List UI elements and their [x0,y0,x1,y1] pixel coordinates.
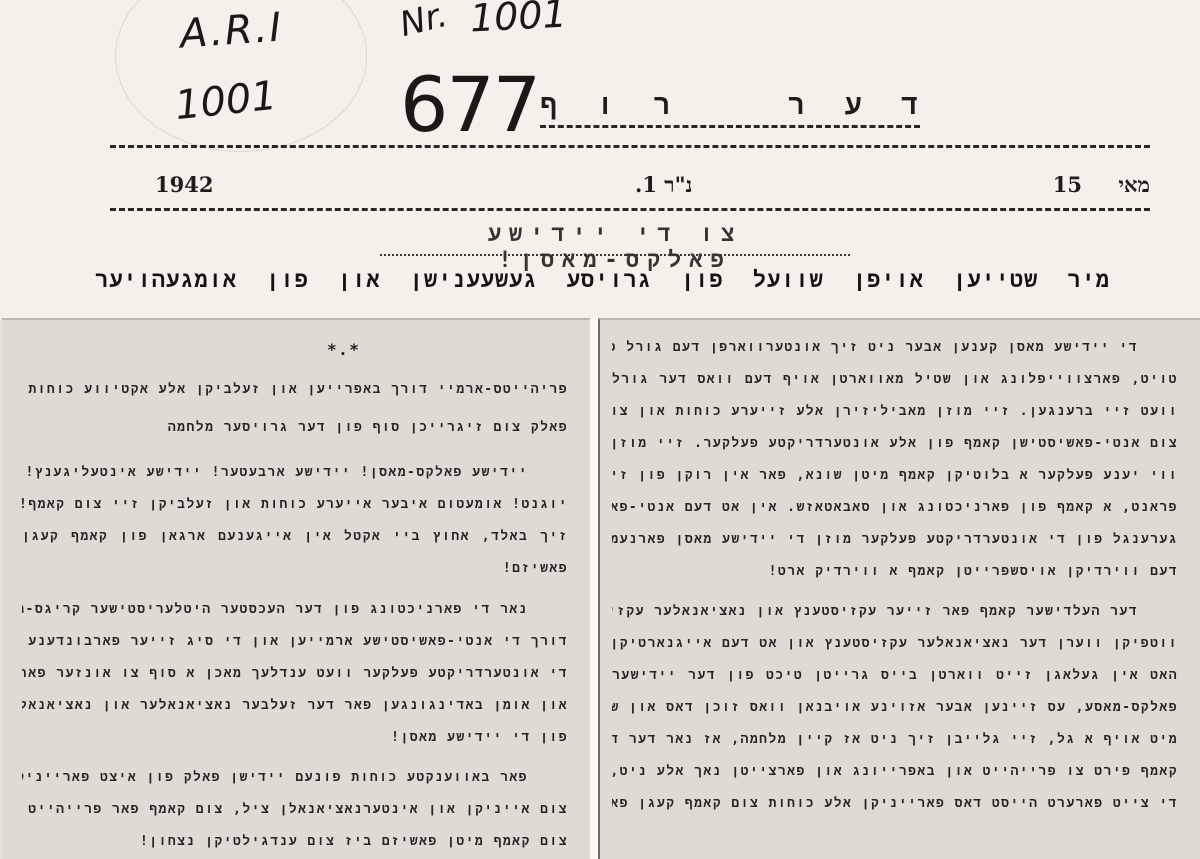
paragraph-line: צום קאמף מיטן פאשיזם ביז צום ענדגילטיקן … [22,834,568,849]
paragraph-line: יידישע פאלקס-מאסן! יידישע ארבעטער! יידיש… [22,465,568,480]
asterism: *.* [327,340,360,359]
masthead-letter: ר [788,88,807,123]
handwritten-number-top: 1001 [469,0,568,41]
right-column: די יידישע מאסן קענען אבער ניט זיך אונטער… [598,318,1200,859]
masthead-letter: ד [901,88,920,123]
paragraph-line: ווטפיקן ווערן דער נאציאנאלער עקזיסטענץ א… [612,636,1178,651]
paragraph-line: זיך באלד, אחוץ ביי אקטל אין אייגענעם ארג… [22,529,568,544]
paragraph-line: דער העלדישער קאמף פאר זייער עקזיסטענץ או… [612,604,1178,619]
paragraph-line: נאר די פארניכטונג פון דער העכסטער היטלער… [22,602,568,617]
handwritten-archive-mark: A.R.I [179,4,285,57]
paragraph-line: יוגנט! אומעטום איבער אייערע כוחות און זע… [22,497,568,512]
masthead-title: ד ע ר ר ו ף [540,85,920,128]
issue-month: מאי [1119,172,1150,197]
paragraph-line: גערענגל פון די אונטערדריקטע פעלקער מוזן … [612,532,1178,547]
paragraph-line: צום אנטי-פאשיסטישן קאמף פון אלע אונטערדר… [612,436,1178,451]
paragraph-line: פאלקס-מאסע, עס זיינען אבער אזוינע אויבנא… [612,700,1178,715]
paragraph-line: פון די יידישע מאסן! [22,730,568,745]
paragraph-line: האט אין געלאגן זייט ווארטן בייס גרייטן ט… [612,668,1178,683]
issue-date: מאי 15 [1053,172,1150,198]
column-gutter [590,318,598,859]
masthead-letter: ר [653,88,672,123]
paragraph-line: די אונטערדריקטע פעלקער וועט ענדלעך מאכן … [22,666,568,681]
left-column: *.* פריהייטס-ארמיי דורך באפרייען און זעל… [2,318,590,859]
paragraph-line: טויט, פארצווייפלונג און שטיל מאווארטן או… [612,372,1178,387]
paragraph-line: ווי יענע פעלקער א בלוטיקן קאמף מיטן שונא… [612,468,1178,483]
masthead-letter: ף [540,88,559,123]
subhead-line: פריהייטס-ארמיי דורך באפרייען און זעלביקן… [22,382,568,397]
paragraph-line: וועט זיי ברענגען. זיי מוזן מאביליזירן אל… [612,404,1178,419]
newspaper-header-area: A.R.I Nr. 1001 1001 677 ד ע ר ר ו ף 1942… [0,0,1200,318]
issue-number: נ"ר 1. [635,172,692,198]
headline: מיר שטייען אויפן שוועל פון גרויסע געשעענ… [95,268,1110,302]
paragraph-line: קאמף פירט צו פרייהייט און באפרייונג און … [612,764,1178,779]
paragraph-line: פראנט, א קאמף פון פארניכטונג און סאבאטאז… [612,500,1178,515]
paragraph-line: צום אייניקן און אינטערנאציאנאלן ציל, צום… [22,802,568,817]
masthead-letter: ו [597,88,616,123]
paragraph-line: דעם ווירדיקן אויסשפרייטן קאמף א ווירדיק … [612,564,1178,579]
dashed-divider [110,208,1150,211]
issue-day: 15 [1053,172,1082,197]
paragraph-line: און אומן באדינגונגען פאר דער זעלבער נאצי… [22,698,568,713]
dateline: 1942 נ"ר 1. מאי 15 [155,172,1150,202]
issue-year: 1942 [155,172,213,197]
dashed-divider [110,145,1150,148]
paragraph-line: די יידישע מאסן קענען אבער ניט זיך אונטער… [612,340,1178,355]
handwritten-large-number: 677 [400,60,539,149]
paragraph-line: פאר באווענקטע כוחות פונעם יידישן פאלק פו… [22,770,568,785]
masthead-letter: ע [845,88,864,123]
paragraph-line: מיט אויף א גל, זיי גלייבן זיך ניט אז קיי… [612,732,1178,747]
subhead-line: פאלק צום זיגרייכן סוף פון דער גרויסער מל… [22,420,568,435]
slogan: צו די יידישע פאלקס-מאסן! [380,222,850,256]
paragraph-line: פאשיזם! [22,561,568,576]
paragraph-line: די צייט פארערט הייסט דאס פארייניקן אלע כ… [612,796,1178,811]
handwritten-nr-mark: Nr. [396,0,451,45]
paragraph-line: דורך די אנטי-פאשיסטישע ארמייען און די סי… [22,634,568,649]
